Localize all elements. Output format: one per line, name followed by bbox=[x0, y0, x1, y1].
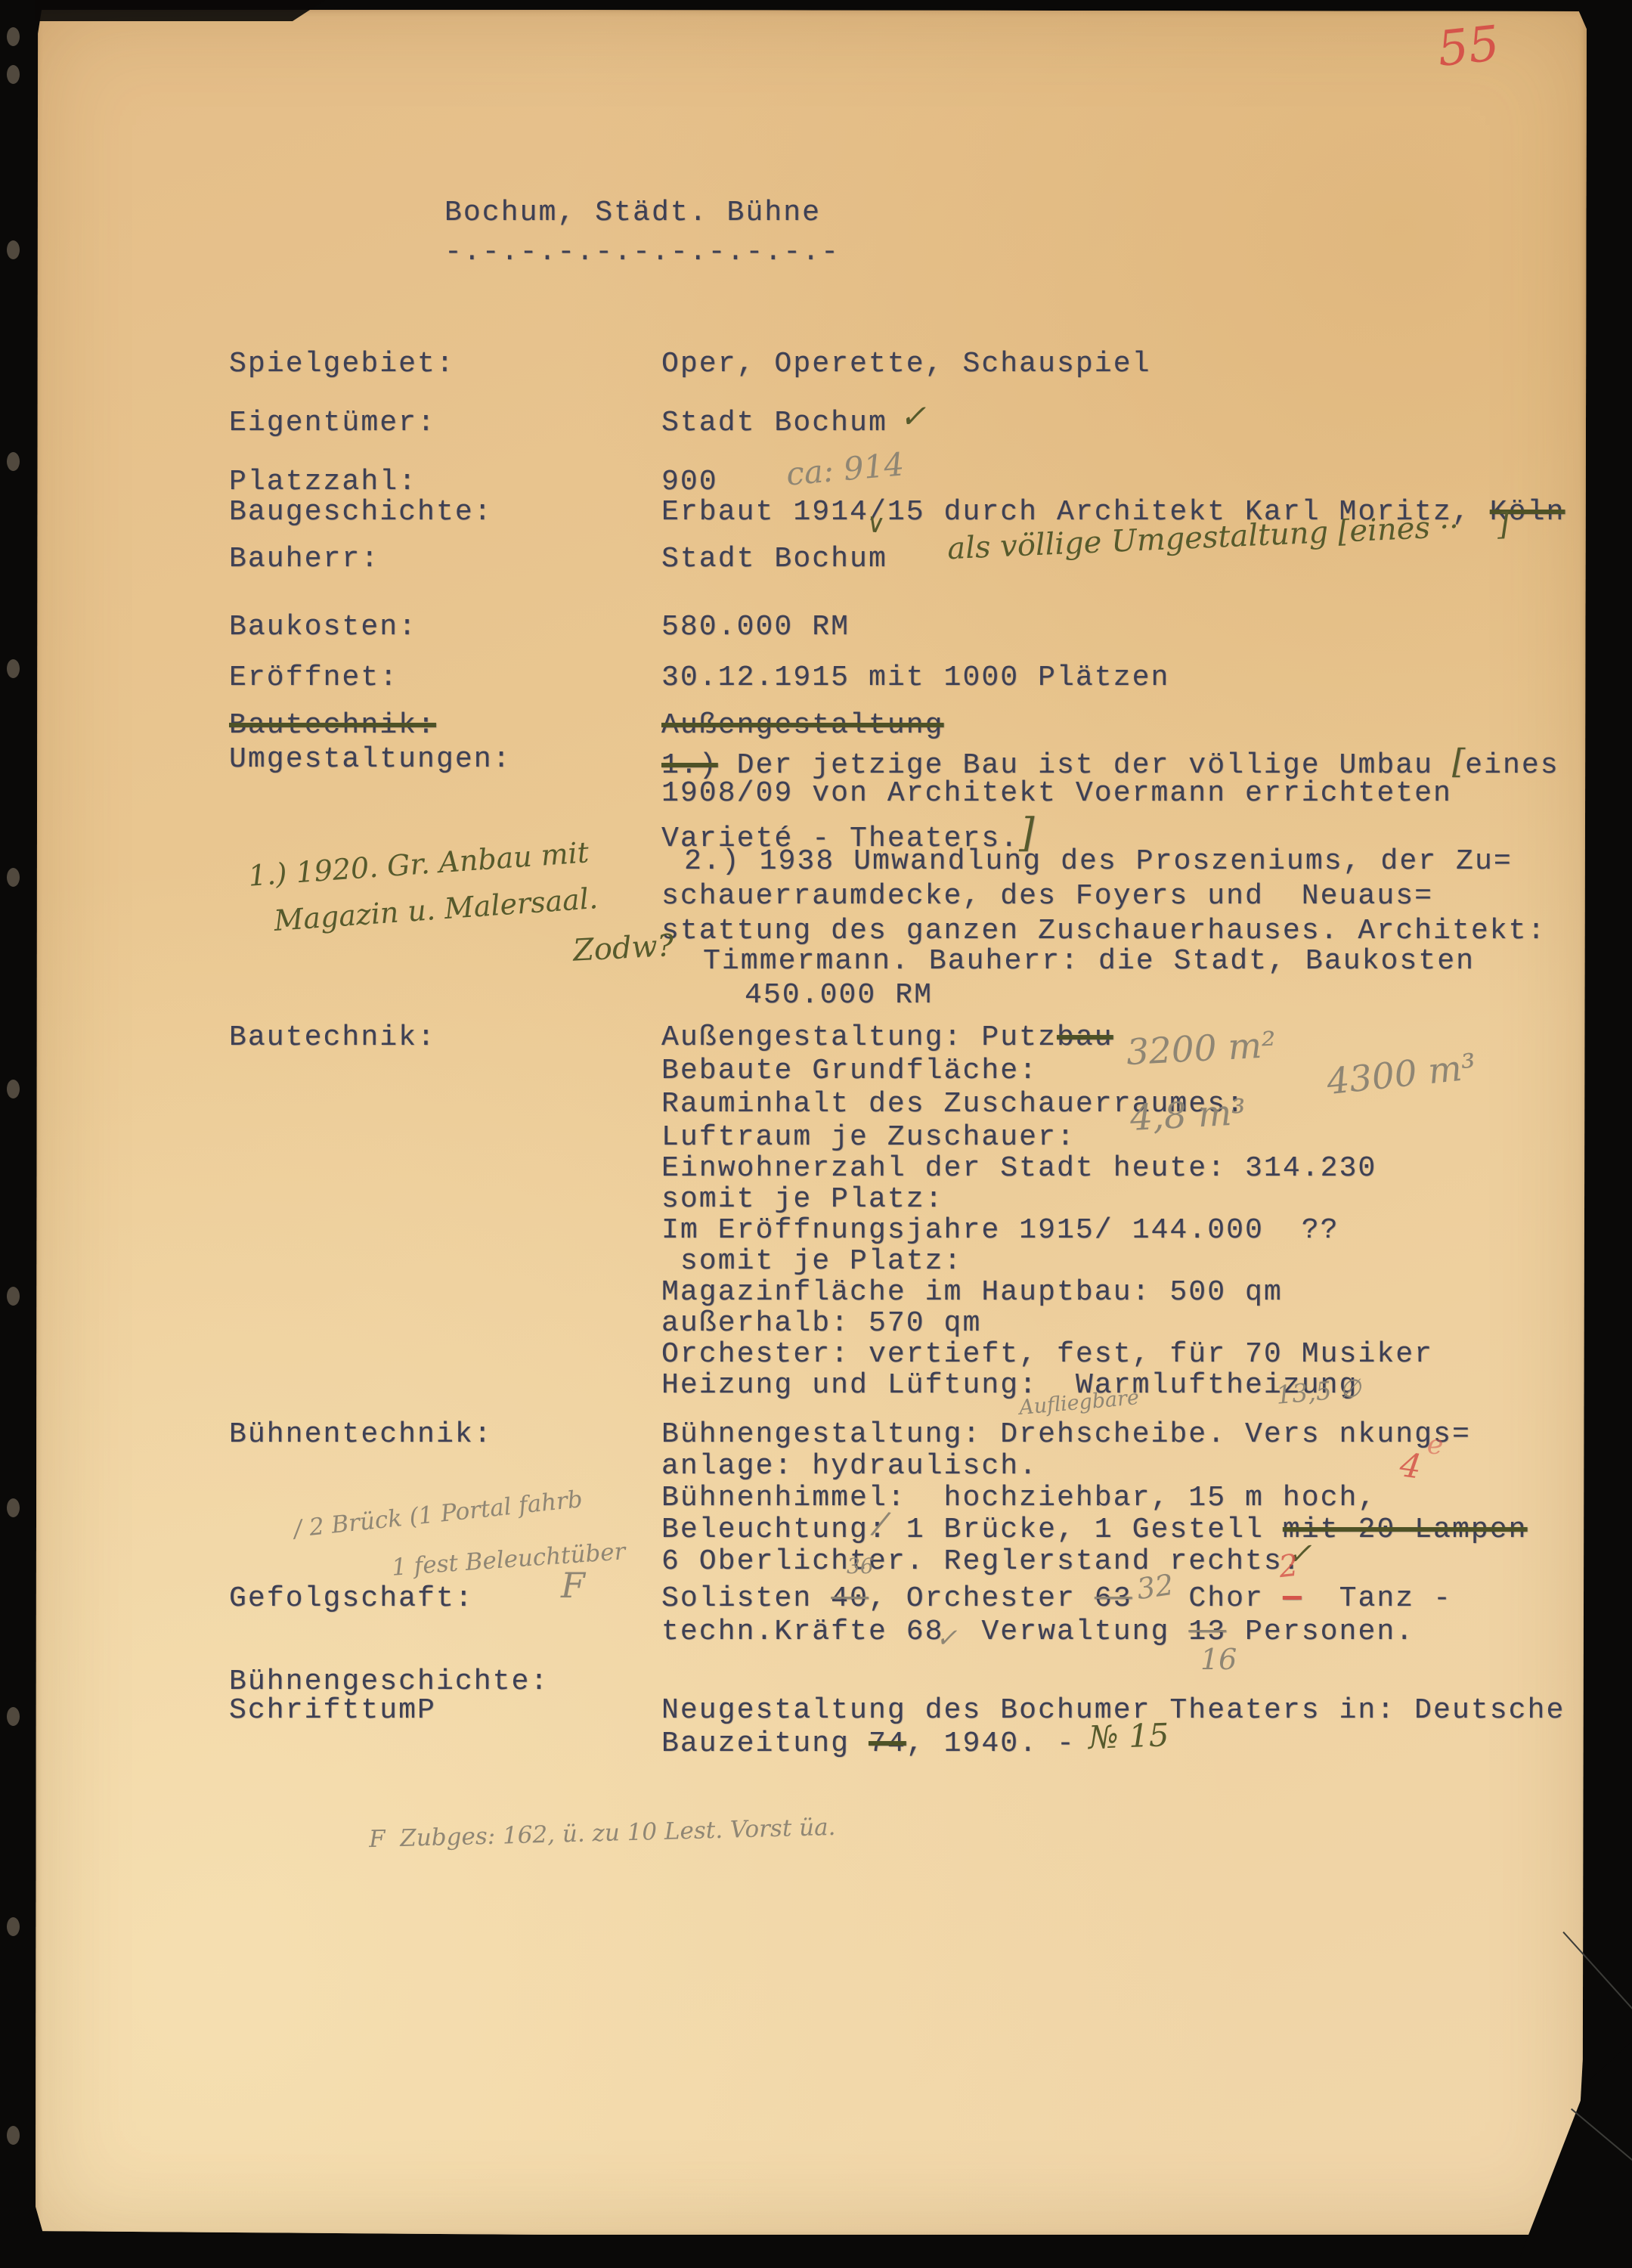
label-schrifttum: SchrifttumP bbox=[229, 1696, 436, 1726]
label-buehnentechnik: Bühnentechnik: bbox=[229, 1420, 493, 1450]
buehnentechnik-line3: Bühnenhimmel: hochziehbar, 15 m hoch, bbox=[661, 1483, 1377, 1514]
gefolgschaft-s3: , Orchester bbox=[869, 1582, 1095, 1615]
label-eigentuemer: Eigentümer: bbox=[229, 408, 436, 438]
punch-hole bbox=[7, 1917, 20, 1936]
punch-hole bbox=[7, 1080, 20, 1098]
bautechnik-line10: außerhalb: 570 qm bbox=[661, 1309, 981, 1339]
checkmark-eigentuemer: ✓ bbox=[900, 401, 926, 432]
label-spielgebiet: Spielgebiet: bbox=[229, 349, 455, 380]
value-aussengestaltung-struck: Außengestaltung bbox=[661, 711, 944, 741]
bautechnik-line7: Im Eröffnungsjahre 1915/ 144.000 ?? bbox=[661, 1216, 1339, 1246]
gefolgschaft-line2: techn.Kräfte 68 Verwaltung 13 Personen. bbox=[661, 1617, 1414, 1647]
bautechnik-l1b-struck: bau bbox=[1057, 1021, 1113, 1054]
bautechnik-line4: Luftraum je Zuschauer: bbox=[661, 1123, 1076, 1153]
bautechnik-line1: Außengestaltung: Putzbau bbox=[661, 1023, 1113, 1053]
label-baukosten: Baukosten: bbox=[229, 612, 417, 643]
pencil-durchmesser-note: 13,5 ∅ bbox=[1275, 1375, 1362, 1408]
pencil-orchester-32: 32 bbox=[1135, 1570, 1175, 1603]
umgestaltungen-item1-line1: 1.) Der jetzige Bau ist der völlige Umba… bbox=[661, 745, 1559, 781]
scan-border-bottom bbox=[0, 2235, 1632, 2268]
buehnentechnik-line4: Beleuchtung: 1 Brücke, 1 Gestell mit 20 … bbox=[661, 1515, 1528, 1545]
item1-hand-bracket: [ bbox=[1452, 742, 1465, 781]
pencil-checkmark-verwaltung: ✓ bbox=[936, 1625, 958, 1651]
bautechnik-line12: Heizung und Lüftung: Warmluftheizung bbox=[661, 1371, 1358, 1401]
buehnentechnik-line1: Bühnengestaltung: Drehscheibe. Vers nkun… bbox=[661, 1420, 1471, 1450]
label-bautechnik-struck: Bautechnik: bbox=[229, 711, 436, 741]
scanned-archive-card: { "colors": { "background": "#0a0908", "… bbox=[0, 0, 1632, 2268]
value-bauherr: Stadt Bochum bbox=[661, 544, 887, 575]
punch-hole bbox=[7, 659, 20, 678]
value-platzzahl: 900 bbox=[661, 467, 718, 497]
label-gefolgschaft: Gefolgschaft: bbox=[229, 1584, 474, 1614]
handwritten-zodw-note: Zodw? bbox=[572, 930, 684, 966]
pencil-grundflaeche-value: 3200 m² bbox=[1126, 1027, 1277, 1070]
value-eigentuemer: Stadt Bochum bbox=[661, 408, 887, 438]
gefolgschaft-dash-struck: – bbox=[1283, 1582, 1302, 1615]
gefolgschaft-40-struck: 40 bbox=[831, 1582, 869, 1615]
red-mark-chor: 2 bbox=[1277, 1551, 1299, 1582]
gefolgschaft-s7: Tanz - bbox=[1302, 1582, 1452, 1615]
umgestaltungen-item2-line3: stattung des ganzen Zuschauerhauses. Arc… bbox=[661, 916, 1546, 947]
umgestaltungen-item2-line4: Timmermann. Bauherr: die Stadt, Baukoste… bbox=[703, 947, 1475, 977]
item1-text2: eines bbox=[1465, 749, 1559, 782]
pencil-luftraum-value: 4,8 m³ bbox=[1129, 1095, 1246, 1136]
value-eroeffnet: 30.12.1915 mit 1000 Plätzen bbox=[661, 663, 1169, 693]
pencil-gefolgschaft-f: F bbox=[561, 1568, 585, 1603]
handwritten-nr-15: № 15 bbox=[1088, 1719, 1169, 1754]
label-platzzahl: Platzzahl: bbox=[229, 467, 417, 497]
schrifttum-l2a: Bauzeitung bbox=[661, 1727, 869, 1760]
punch-hole bbox=[7, 1707, 20, 1726]
gefolgschaft-63-struck: 63 bbox=[1095, 1582, 1132, 1615]
schrifttum-line2: Bauzeitung 74, 1940. - bbox=[661, 1729, 1076, 1759]
buehnentechnik-line5: 6 Oberlichter. Reglerstand rechts. bbox=[661, 1547, 1302, 1577]
gefolgschaft-line1: Solisten 40, Orchester 63 Chor – Tanz - bbox=[661, 1584, 1452, 1614]
label-buehnengeschichte: Bühnengeschichte: bbox=[229, 1667, 549, 1697]
punch-hole bbox=[7, 868, 20, 887]
page-title: Bochum, Städt. Bühne bbox=[444, 198, 821, 228]
umgestaltungen-item2-line2: schauerraumdecke, des Foyers und Neuaus= bbox=[661, 881, 1433, 912]
punch-hole bbox=[7, 240, 20, 259]
umgestaltungen-item2-line1: 2.) 1938 Umwandlung des Proszeniums, der… bbox=[684, 847, 1513, 877]
punch-hole bbox=[7, 1498, 20, 1517]
punch-hole bbox=[7, 65, 20, 84]
label-baugeschichte: Baugeschichte: bbox=[229, 497, 493, 528]
bautechnik-line6: somit je Platz: bbox=[661, 1185, 944, 1215]
schrifttum-l2c: , 1940. - bbox=[906, 1727, 1076, 1760]
buehnentechnik-line2: anlage: hydraulisch. bbox=[661, 1452, 1038, 1482]
archive-page-number: 55 bbox=[1435, 20, 1502, 74]
insert-caret-baugeschichte: ∨ bbox=[865, 510, 887, 538]
pencil-solisten-36: 36 bbox=[847, 1556, 874, 1577]
value-spielgebiet: Oper, Operette, Schauspiel bbox=[661, 349, 1151, 380]
label-umgestaltungen: Umgestaltungen: bbox=[229, 745, 512, 775]
bautechnik-line2: Bebaute Grundfläche: bbox=[661, 1056, 1038, 1086]
scan-border-right bbox=[1587, 0, 1632, 2268]
label-bautechnik: Bautechnik: bbox=[229, 1023, 436, 1053]
punch-hole bbox=[7, 1287, 20, 1306]
gefolgschaft-s1: Solisten bbox=[661, 1582, 831, 1615]
umgestaltungen-item2-line5: 450.000 RM bbox=[745, 981, 933, 1011]
gefolgschaft-l2c: Personen. bbox=[1226, 1616, 1414, 1648]
beleuchtung-struck-lampen: mit 20 Lampen bbox=[1283, 1514, 1528, 1546]
punch-hole bbox=[7, 452, 20, 471]
title-underline: -.-.-.-.-.-.-.-.-.-.- bbox=[444, 237, 840, 268]
bautechnik-line9: Magazinfläche im Hauptbau: 500 qm bbox=[661, 1278, 1283, 1308]
bautechnik-line5: Einwohnerzahl der Stadt heute: 314.230 bbox=[661, 1154, 1377, 1184]
schrifttum-74-struck: 74 bbox=[869, 1727, 906, 1760]
punch-hole bbox=[7, 27, 20, 46]
red-mark-anlage: e bbox=[1426, 1431, 1445, 1459]
bautechnik-line8: somit je Platz: bbox=[661, 1247, 962, 1277]
punch-hole bbox=[7, 2126, 20, 2145]
beleuchtung-text: Beleuchtung: 1 Brücke, 1 Gestell bbox=[661, 1514, 1283, 1546]
gefolgschaft-l2a: techn.Kräfte 68 Verwaltung bbox=[661, 1616, 1188, 1648]
pencil-verwaltung-16: 16 bbox=[1200, 1645, 1237, 1674]
value-baukosten: 580.000 RM bbox=[661, 612, 850, 643]
label-eroeffnet: Eröffnet: bbox=[229, 663, 398, 693]
bautechnik-line11: Orchester: vertieft, fest, für 70 Musike… bbox=[661, 1340, 1433, 1370]
scan-border-top-left bbox=[0, 0, 325, 21]
bautechnik-l1a: Außengestaltung: Putz bbox=[661, 1021, 1057, 1054]
umgestaltungen-item1-line2: 1908/09 von Architekt Voermann errichtet… bbox=[661, 779, 1452, 809]
label-bauherr: Bauherr: bbox=[229, 544, 379, 575]
